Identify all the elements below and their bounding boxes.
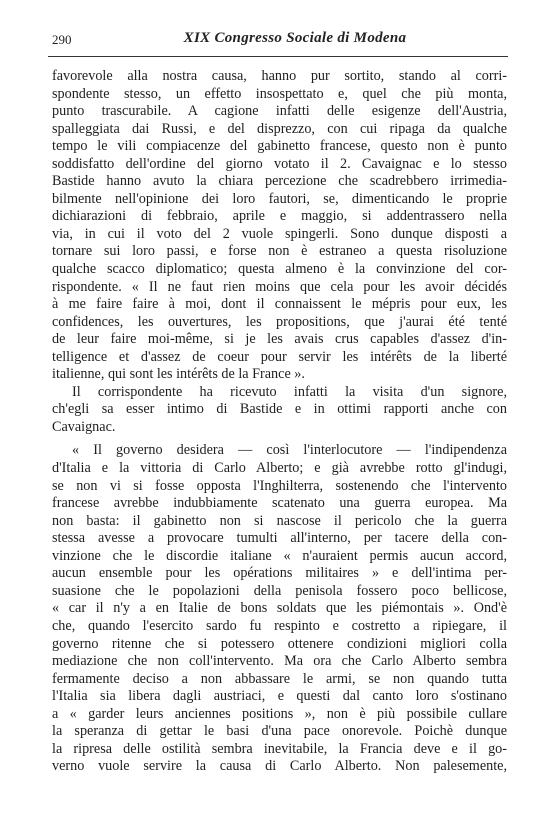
text-line: tempo le vili compiacenze del gabinetto …: [52, 138, 507, 156]
book-page: 290 XIX Congresso Sociale di Modena favo…: [0, 0, 550, 828]
text-line: Il corrispondente ha ricevuto infatti la…: [52, 384, 507, 402]
text-line: bilmente nell'opinione dei loro fautori,…: [52, 191, 507, 209]
text-line: fermamente deciso a non abbassare le arm…: [52, 671, 507, 689]
running-title: XIX Congresso Sociale di Modena: [52, 30, 508, 47]
text-line: francese avrebbe indubbiamente scatenato…: [52, 495, 507, 513]
text-line: de leur faire moi-même, si je les avais …: [52, 331, 507, 349]
text-line: « car il n'y a en Italie de bons soldats…: [52, 600, 507, 618]
text-line: Cavaignac.: [52, 419, 507, 437]
text-line: ch'egli sa esser intimo di Bastide e in …: [52, 401, 507, 419]
text-line: favorevole alla nostra causa, hanno pur …: [52, 68, 507, 86]
text-line: rispondente. « Il ne faut rien moins que…: [52, 279, 507, 297]
text-line: non basta: il gabinetto non si nascose i…: [52, 513, 507, 531]
text-line: mediazione che non coll'intervento. Ma o…: [52, 653, 507, 671]
text-line: suasione che le popolazioni della peniso…: [52, 583, 507, 601]
header-rule: [48, 56, 508, 57]
text-line: spondente stesso, un effetto insospettat…: [52, 86, 507, 104]
text-line: spalleggiata dai Russi, e del disprezzo,…: [52, 121, 507, 139]
text-line: la ripresa delle ostilità sembra inevita…: [52, 741, 507, 759]
text-line: a « garder leurs anciennes positions », …: [52, 706, 507, 724]
page-header: 290 XIX Congresso Sociale di Modena: [52, 30, 508, 54]
text-line: governo ritenne che si potessero ottener…: [52, 636, 507, 654]
text-line: italienne, qui sont les intérêts de la F…: [52, 366, 507, 384]
text-line: soddisfatto dell'ordine del giorno votat…: [52, 156, 507, 174]
text-line: confidences, les ouvertures, les proposi…: [52, 314, 507, 332]
text-line: tornare sui loro passi, e forse non è es…: [52, 243, 507, 261]
text-line: che, quando l'esercito sardo fu respinto…: [52, 618, 507, 636]
text-line: qualche scacco diplomatico; questa almen…: [52, 261, 507, 279]
text-line: d'Italia e la vittoria di Carlo Alberto;…: [52, 460, 507, 478]
text-line: aucun ensemble pour les opérations milit…: [52, 565, 507, 583]
text-line: punto trascurabile. A cagione infatti de…: [52, 103, 507, 121]
text-line: la speranza di gettar le basi d'una pace…: [52, 723, 507, 741]
text-line: dichiarazioni di febbraio, aprile e magg…: [52, 208, 507, 226]
text-line: se non vi si fosse opposta l'Inghilterra…: [52, 478, 507, 496]
text-line: via, in cui il voto del 2 vuole spingerl…: [52, 226, 507, 244]
text-line: l'Italia sia libera dagli austriaci, e q…: [52, 688, 507, 706]
text-line: stessa avesse a provocare tumulti all'in…: [52, 530, 507, 548]
body-text: favorevole alla nostra causa, hanno pur …: [52, 68, 507, 776]
text-line: Bastide hanno avuto la chiara percezione…: [52, 173, 507, 191]
text-line: « Il governo desidera — così l'interlocu…: [52, 442, 507, 460]
text-line: verno vuole servire la causa di Carlo Al…: [52, 758, 507, 776]
text-line: vinzione che le discordie italiane « n'a…: [52, 548, 507, 566]
text-line: telligence et d'assez de coeur pour serv…: [52, 349, 507, 367]
text-line: à me faire faire à moi, dont il connaiss…: [52, 296, 507, 314]
